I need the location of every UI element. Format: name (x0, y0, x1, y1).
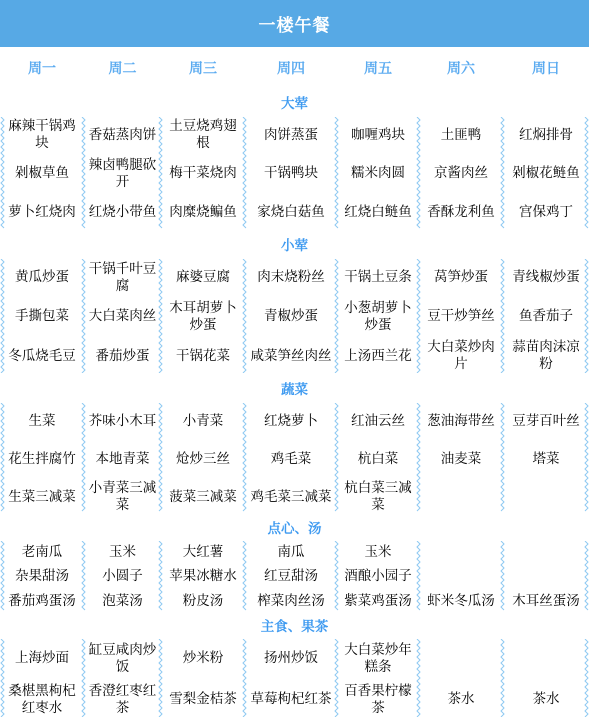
menu-day-cell: 上海炒面桑椹黑枸杞红枣水 (0, 637, 84, 719)
dish-label: 红豆甜汤 (264, 567, 318, 584)
menu-day-cell: 莴笋炒蛋豆干炒笋丝大白菜炒肉片 (419, 257, 503, 375)
dish-item: 红豆甜汤 (257, 564, 325, 589)
day-header-cell: 周日 (503, 47, 589, 89)
dish-item: 蒜苗肉沫凉粉 (506, 336, 586, 375)
menu-day-cell: 老南瓜杂果甜汤番茄鸡蛋汤 (0, 539, 84, 613)
dish-label: 大白菜炒肉片 (422, 338, 500, 372)
dish-label: 生菜 (29, 412, 56, 429)
zigzag-icon (584, 403, 589, 513)
dish-item: 豆干炒笋丝 (422, 296, 500, 335)
dish-item: 莴笋炒蛋 (422, 257, 500, 296)
dish-item: 酒酿小园子 (344, 564, 412, 589)
dish-item: 梅干菜烧肉 (164, 154, 242, 193)
dish-item: 葱油海带丝 (427, 401, 495, 439)
dish-item: 黄瓜炒蛋 (8, 257, 76, 296)
dish-label: 肉糜烧鳊鱼 (169, 203, 237, 220)
dish-label: 生菜三减菜 (8, 488, 76, 505)
section-body: 老南瓜杂果甜汤番茄鸡蛋汤玉米小圆子泡菜汤大红薯苹果冰糖水粉皮汤南瓜红豆甜汤榨菜肉… (0, 539, 589, 613)
dish-item: 咸菜笋丝肉丝 (251, 336, 332, 375)
menu-day-cell: 木耳丝蛋汤 (503, 539, 589, 613)
dish-item: 木耳丝蛋汤 (512, 588, 580, 613)
dish-label: 小青菜三减菜 (87, 479, 158, 513)
dish-item: 茶水 (448, 678, 475, 719)
section-header: 蔬菜 (0, 375, 589, 401)
dish-item: 剁椒草鱼 (3, 154, 81, 193)
dish-label: 青椒炒蛋 (264, 307, 318, 324)
dish-item: 肉糜烧鳊鱼 (164, 192, 242, 231)
dish-item: 肉饼蒸蛋 (257, 115, 325, 154)
dish-item: 咖喱鸡块 (344, 115, 412, 154)
dish-label: 剁椒草鱼 (15, 164, 69, 181)
dish-label: 缸豆咸肉炒饭 (87, 641, 158, 675)
dish-label: 咖喱鸡块 (351, 126, 405, 143)
dish-label: 榨菜肉丝汤 (257, 592, 325, 609)
dish-item: 炝炒三丝 (169, 439, 237, 477)
menu-day-cell: 小青菜炝炒三丝菠菜三减菜 (161, 401, 245, 515)
dish-label: 黄瓜炒蛋 (15, 268, 69, 285)
dish-item (427, 564, 495, 589)
dish-item: 油麦菜 (427, 439, 495, 477)
dish-item: 缸豆咸肉炒饭 (87, 637, 158, 678)
dish-item: 玉米 (102, 539, 143, 564)
dish-item: 青线椒炒蛋 (506, 257, 586, 296)
dish-item: 榨菜肉丝汤 (257, 588, 325, 613)
menu-day-cell: 土匪鸭京酱肉丝香酥龙利鱼 (419, 115, 503, 231)
dish-label: 小葱胡萝卜炒蛋 (340, 299, 416, 333)
section-body: 黄瓜炒蛋手撕包菜冬瓜烧毛豆干锅千叶豆腐大白菜肉丝番茄炒蛋麻婆豆腐木耳胡萝卜炒蛋干… (0, 257, 589, 375)
dish-label: 虾米冬瓜汤 (427, 592, 495, 609)
section-body: 麻辣干锅鸡块剁椒草鱼萝卜红烧肉香菇蒸肉饼辣卤鸭腿砍开红烧小带鱼土豆烧鸡翅根梅干菜… (0, 115, 589, 231)
dish-item: 红烧白鲢鱼 (344, 192, 412, 231)
dish-item: 鱼香茄子 (506, 296, 586, 335)
dish-label: 杭白菜三减菜 (340, 479, 416, 513)
menu-day-cell: 茶水 (419, 637, 503, 719)
dish-item: 冬瓜烧毛豆 (8, 336, 76, 375)
dish-item: 红烧萝卜 (251, 401, 332, 439)
dish-label: 草莓枸杞红茶 (251, 690, 332, 707)
dish-item: 炒米粉 (169, 637, 237, 678)
dish-label: 红烧白鲢鱼 (344, 203, 412, 220)
menu-day-cell: 南瓜红豆甜汤榨菜肉丝汤 (245, 539, 337, 613)
dish-item: 扬州炒饭 (251, 637, 332, 678)
dish-item: 干锅花菜 (164, 336, 242, 375)
dish-label: 南瓜 (278, 543, 305, 560)
dish-label: 塔菜 (533, 450, 560, 467)
menu-day-cell: 麻辣干锅鸡块剁椒草鱼萝卜红烧肉 (0, 115, 84, 231)
dish-label: 麻婆豆腐 (176, 268, 230, 285)
day-header-cell: 周四 (245, 47, 337, 89)
dish-item: 萝卜红烧肉 (3, 192, 81, 231)
menu-day-cell: 生菜花生拌腐竹生菜三减菜 (0, 401, 84, 515)
dish-label: 蒜苗肉沫凉粉 (506, 338, 586, 372)
dish-item: 玉米 (344, 539, 412, 564)
dish-label: 手撕包菜 (15, 307, 69, 324)
dish-label: 肉饼蒸蛋 (264, 126, 318, 143)
dish-item: 杭白菜 (340, 439, 416, 477)
menu-day-cell: 玉米小圆子泡菜汤 (84, 539, 161, 613)
dish-item: 京酱肉丝 (427, 154, 495, 193)
menu-day-cell: 缸豆咸肉炒饭香澄红枣红茶 (84, 637, 161, 719)
dish-item: 番茄炒蛋 (87, 336, 158, 375)
dish-item: 香酥龙利鱼 (427, 192, 495, 231)
dish-item: 红油云丝 (340, 401, 416, 439)
dish-item: 杭白菜三减菜 (340, 477, 416, 515)
dish-label: 玉米 (365, 543, 392, 560)
dish-label: 芥味小木耳 (89, 412, 157, 429)
dish-item: 土豆烧鸡翅根 (164, 115, 242, 154)
dish-item: 花生拌腐竹 (8, 439, 76, 477)
menu-day-cell: 大白菜炒年糕条百香果柠檬茶 (337, 637, 419, 719)
menu-day-cell: 香菇蒸肉饼辣卤鸭腿砍开红烧小带鱼 (84, 115, 161, 231)
dish-item: 大红薯 (169, 539, 237, 564)
dish-item (427, 539, 495, 564)
dish-label: 香澄红枣红茶 (87, 682, 158, 716)
dish-label: 香酥龙利鱼 (427, 203, 495, 220)
menu-day-cell: 干锅土豆条小葱胡萝卜炒蛋上汤西兰花 (337, 257, 419, 375)
dish-item (512, 564, 580, 589)
dish-label: 京酱肉丝 (434, 164, 488, 181)
dish-label: 冬瓜烧毛豆 (8, 347, 76, 364)
dish-label: 肉末烧粉丝 (257, 268, 325, 285)
dish-label: 干锅千叶豆腐 (87, 260, 158, 294)
zigzag-icon (584, 117, 589, 229)
dish-item: 糯米肉圆 (344, 154, 412, 193)
dish-item: 小青菜 (169, 401, 237, 439)
dish-label: 上汤西兰花 (344, 347, 412, 364)
dish-item: 豆芽百叶丝 (512, 401, 580, 439)
dish-label: 土匪鸭 (441, 126, 482, 143)
dish-label: 干锅鸭块 (264, 164, 318, 181)
dish-label: 紫菜鸡蛋汤 (344, 592, 412, 609)
dish-item: 生菜三减菜 (8, 477, 76, 515)
dish-label: 上海炒面 (15, 649, 69, 666)
zigzag-icon (0, 541, 5, 611)
dish-label: 宫保鸡丁 (519, 203, 573, 220)
dish-item: 剁椒花鲢鱼 (512, 154, 580, 193)
dish-item: 紫菜鸡蛋汤 (344, 588, 412, 613)
day-header-cell: 周一 (0, 47, 84, 89)
menu-body: 周一周二周三周四周五周六周日大荤麻辣干锅鸡块剁椒草鱼萝卜红烧肉香菇蒸肉饼辣卤鸭腿… (0, 47, 589, 719)
dish-label: 杭白菜 (358, 450, 399, 467)
dish-item: 干锅土豆条 (340, 257, 416, 296)
day-header-cell: 周三 (161, 47, 245, 89)
dish-label: 木耳胡萝卜炒蛋 (164, 299, 242, 333)
dish-label: 剁椒花鲢鱼 (512, 164, 580, 181)
dish-label: 红焖排骨 (519, 126, 573, 143)
dish-item: 辣卤鸭腿砍开 (87, 154, 158, 193)
zigzag-icon (0, 259, 5, 373)
menu-day-cell: 麻婆豆腐木耳胡萝卜炒蛋干锅花菜 (161, 257, 245, 375)
dish-label: 香菇蒸肉饼 (89, 126, 157, 143)
menu-day-cell: 炒米粉雪梨金桔茶 (161, 637, 245, 719)
dish-item: 大白菜肉丝 (87, 296, 158, 335)
dish-label: 茶水 (448, 690, 475, 707)
dish-label: 萝卜红烧肉 (8, 203, 76, 220)
zigzag-border-icon (0, 541, 5, 611)
dish-item: 麻辣干锅鸡块 (3, 115, 81, 154)
dish-item: 泡菜汤 (102, 588, 143, 613)
dish-item: 上汤西兰花 (340, 336, 416, 375)
dish-label: 百香果柠檬茶 (340, 682, 416, 716)
dish-label: 番茄炒蛋 (96, 347, 150, 364)
menu-day-cell: 黄瓜炒蛋手撕包菜冬瓜烧毛豆 (0, 257, 84, 375)
dish-label: 玉米 (109, 543, 136, 560)
dish-label: 炒米粉 (183, 649, 224, 666)
dish-item: 宫保鸡丁 (512, 192, 580, 231)
dish-label: 雪梨金桔茶 (169, 690, 237, 707)
dish-label: 豆干炒笋丝 (427, 307, 495, 324)
dish-item (448, 637, 475, 678)
dish-label: 干锅土豆条 (344, 268, 412, 285)
dish-item: 菠菜三减菜 (169, 477, 237, 515)
dish-label: 鱼香茄子 (519, 307, 573, 324)
dish-label: 小圆子 (102, 567, 143, 584)
menu-day-cell: 肉饼蒸蛋干锅鸭块家烧白菇鱼 (245, 115, 337, 231)
dish-label: 辣卤鸭腿砍开 (87, 156, 158, 190)
dish-label: 麻辣干锅鸡块 (3, 117, 81, 151)
dish-label: 梅干菜烧肉 (169, 164, 237, 181)
dish-item: 塔菜 (512, 439, 580, 477)
menu-day-cell: 玉米酒酿小园子紫菜鸡蛋汤 (337, 539, 419, 613)
dish-item: 生菜 (8, 401, 76, 439)
dish-item: 家烧白菇鱼 (257, 192, 325, 231)
dish-label: 莴笋炒蛋 (434, 268, 488, 285)
dish-label: 菠菜三减菜 (169, 488, 237, 505)
day-header-row: 周一周二周三周四周五周六周日 (0, 47, 589, 89)
dish-label: 红烧小带鱼 (89, 203, 157, 220)
dish-label: 土豆烧鸡翅根 (164, 117, 242, 151)
zigzag-icon (0, 403, 5, 513)
dish-label: 杂果甜汤 (15, 567, 69, 584)
zigzag-border-icon (584, 117, 589, 229)
dish-item: 小圆子 (102, 564, 143, 589)
zigzag-border-icon (584, 403, 589, 513)
dish-label: 扬州炒饭 (264, 649, 318, 666)
dish-label: 红烧萝卜 (264, 412, 318, 429)
dish-item: 小青菜三减菜 (87, 477, 158, 515)
dish-item: 草莓枸杞红茶 (251, 678, 332, 719)
dish-label: 小青菜 (183, 412, 224, 429)
dish-label: 老南瓜 (22, 543, 63, 560)
dish-item: 南瓜 (257, 539, 325, 564)
dish-label: 咸菜笋丝肉丝 (251, 347, 332, 364)
menu-title: 一楼午餐 (0, 0, 589, 47)
dish-item: 鸡毛菜三减菜 (251, 477, 332, 515)
dish-label: 大红薯 (183, 543, 224, 560)
menu-day-cell: 土豆烧鸡翅根梅干菜烧肉肉糜烧鳊鱼 (161, 115, 245, 231)
menu-day-cell: 葱油海带丝油麦菜 (419, 401, 503, 515)
dish-item: 雪梨金桔茶 (169, 678, 237, 719)
dish-label: 本地青菜 (96, 450, 150, 467)
dish-label: 葱油海带丝 (427, 412, 495, 429)
lunch-menu: 一楼午餐 周一周二周三周四周五周六周日大荤麻辣干锅鸡块剁椒草鱼萝卜红烧肉香菇蒸肉… (0, 0, 589, 720)
menu-day-cell: 红烧萝卜鸡毛菜鸡毛菜三减菜 (245, 401, 337, 515)
dish-item: 大白菜炒年糕条 (340, 637, 416, 678)
dish-label: 豆芽百叶丝 (512, 412, 580, 429)
dish-label: 花生拌腐竹 (8, 450, 76, 467)
dish-item: 百香果柠檬茶 (340, 678, 416, 719)
dish-item: 干锅鸭块 (257, 154, 325, 193)
dish-label: 炝炒三丝 (176, 450, 230, 467)
section-header: 小荤 (0, 231, 589, 257)
menu-day-cell: 虾米冬瓜汤 (419, 539, 503, 613)
dish-item (512, 477, 580, 515)
dish-label: 粉皮汤 (183, 592, 224, 609)
section-body: 生菜花生拌腐竹生菜三减菜芥味小木耳本地青菜小青菜三减菜小青菜炝炒三丝菠菜三减菜红… (0, 401, 589, 515)
dish-item: 茶水 (533, 678, 560, 719)
menu-day-cell: 豆芽百叶丝塔菜 (503, 401, 589, 515)
menu-day-cell: 咖喱鸡块糯米肉圆红烧白鲢鱼 (337, 115, 419, 231)
dish-label: 桑椹黑枸杞红枣水 (3, 682, 81, 716)
dish-item: 肉末烧粉丝 (251, 257, 332, 296)
zigzag-border-icon (0, 259, 5, 373)
zigzag-icon (584, 541, 589, 611)
dish-label: 红油云丝 (351, 412, 405, 429)
menu-day-cell: 干锅千叶豆腐大白菜肉丝番茄炒蛋 (84, 257, 161, 375)
dish-item: 红焖排骨 (512, 115, 580, 154)
menu-day-cell: 肉末烧粉丝青椒炒蛋咸菜笋丝肉丝 (245, 257, 337, 375)
day-header-cell: 周五 (337, 47, 419, 89)
section-header: 主食、果茶 (0, 613, 589, 637)
dish-item: 红烧小带鱼 (87, 192, 158, 231)
dish-item: 上海炒面 (3, 637, 81, 678)
day-header-cell: 周六 (419, 47, 503, 89)
menu-day-cell: 扬州炒饭草莓枸杞红茶 (245, 637, 337, 719)
dish-item: 麻婆豆腐 (164, 257, 242, 296)
dish-item: 木耳胡萝卜炒蛋 (164, 296, 242, 335)
dish-item (512, 539, 580, 564)
dish-item: 干锅千叶豆腐 (87, 257, 158, 296)
dish-item: 小葱胡萝卜炒蛋 (340, 296, 416, 335)
dish-item: 苹果冰糖水 (169, 564, 237, 589)
dish-label: 青线椒炒蛋 (512, 268, 580, 285)
section-header: 点心、汤 (0, 515, 589, 539)
dish-label: 油麦菜 (441, 450, 482, 467)
zigzag-border-icon (584, 639, 589, 717)
dish-item: 鸡毛菜 (251, 439, 332, 477)
menu-day-cell: 青线椒炒蛋鱼香茄子蒜苗肉沫凉粉 (503, 257, 589, 375)
menu-day-cell: 红焖排骨剁椒花鲢鱼宫保鸡丁 (503, 115, 589, 231)
zigzag-icon (584, 639, 589, 717)
dish-item: 青椒炒蛋 (251, 296, 332, 335)
dish-item: 杂果甜汤 (8, 564, 76, 589)
dish-item: 本地青菜 (87, 439, 158, 477)
section-body: 上海炒面桑椹黑枸杞红枣水缸豆咸肉炒饭香澄红枣红茶炒米粉雪梨金桔茶扬州炒饭草莓枸杞… (0, 637, 589, 719)
dish-item: 香菇蒸肉饼 (87, 115, 158, 154)
dish-item: 老南瓜 (8, 539, 76, 564)
dish-item: 大白菜炒肉片 (422, 336, 500, 375)
dish-item: 番茄鸡蛋汤 (8, 588, 76, 613)
dish-item: 粉皮汤 (169, 588, 237, 613)
dish-label: 苹果冰糖水 (169, 567, 237, 584)
dish-label: 番茄鸡蛋汤 (8, 592, 76, 609)
dish-label: 家烧白菇鱼 (257, 203, 325, 220)
menu-day-cell: 红油云丝杭白菜杭白菜三减菜 (337, 401, 419, 515)
zigzag-border-icon (0, 403, 5, 513)
dish-label: 干锅花菜 (176, 347, 230, 364)
dish-label: 鸡毛菜三减菜 (251, 488, 332, 505)
dish-item: 手撕包菜 (8, 296, 76, 335)
dish-label: 茶水 (533, 690, 560, 707)
menu-day-cell: 芥味小木耳本地青菜小青菜三减菜 (84, 401, 161, 515)
menu-day-cell: 大红薯苹果冰糖水粉皮汤 (161, 539, 245, 613)
dish-item: 虾米冬瓜汤 (427, 588, 495, 613)
dish-item: 芥味小木耳 (87, 401, 158, 439)
dish-item (533, 637, 560, 678)
dish-label: 糯米肉圆 (351, 164, 405, 181)
menu-day-cell: 茶水 (503, 637, 589, 719)
dish-label: 木耳丝蛋汤 (512, 592, 580, 609)
dish-item: 香澄红枣红茶 (87, 678, 158, 719)
day-header-cell: 周二 (84, 47, 161, 89)
dish-label: 鸡毛菜 (271, 450, 312, 467)
dish-item: 土匪鸭 (427, 115, 495, 154)
dish-item: 桑椹黑枸杞红枣水 (3, 678, 81, 719)
dish-label: 酒酿小园子 (344, 567, 412, 584)
dish-label: 大白菜肉丝 (89, 307, 157, 324)
dish-label: 大白菜炒年糕条 (340, 641, 416, 675)
dish-label: 泡菜汤 (102, 592, 143, 609)
section-header: 大荤 (0, 89, 589, 115)
zigzag-border-icon (584, 541, 589, 611)
dish-item (427, 477, 495, 515)
